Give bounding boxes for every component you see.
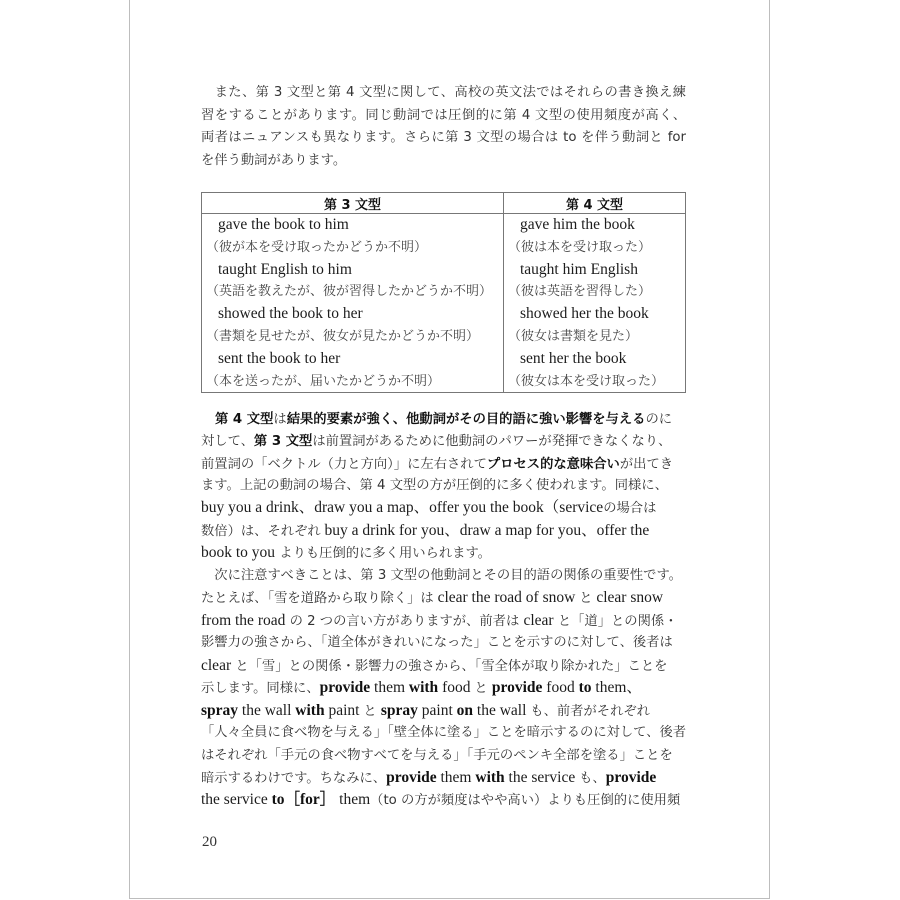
header-pattern-4: 第 4 文型 (504, 193, 686, 214)
table-row: gave the book to him gave him the book (202, 214, 686, 236)
text: the wall (238, 702, 295, 719)
bold-phrase: 結果的要素が強く、他動詞がその目的語に強い影響を与える (287, 412, 646, 427)
para3-line-5: clear と「雪」との関係・影響力の強さから、「雪全体が取り除かれた」ことを (201, 656, 686, 677)
intro-line-4: を伴う動詞があります。 (201, 151, 686, 171)
table-header-row: 第 3 文型 第 4 文型 (202, 193, 686, 214)
para2-line-2: 対して、第 3 文型は前置詞があるために他動詞のパワーが発揮できなくなり、 (201, 431, 686, 452)
bold-term: 第 4 文型 (215, 412, 273, 427)
bold-verb: provide (386, 769, 437, 786)
pattern-3-example: taught English to him (218, 261, 352, 278)
text: the wall (473, 702, 530, 719)
text: 前置詞の「ベクトル（力と方向）」に左右されて (201, 457, 487, 472)
pattern-4-note: （彼女は本を受け取った） (508, 374, 664, 389)
pattern-4-note: （彼は本を受け取った） (508, 240, 651, 255)
text: と「道」との関係・ (554, 614, 678, 629)
pattern-3-example: gave the book to him (218, 216, 349, 233)
bold-preposition: to［for］ (272, 791, 336, 808)
text: 対して、 (201, 434, 254, 449)
sentence-pattern-table: 第 3 文型 第 4 文型 gave the book to him gave … (201, 192, 686, 393)
para2-line-4: ます。上記の動詞の場合、第 4 文型の方が圧倒的に多く使われます。同様に、 (201, 476, 686, 496)
intro-line-3: 両者はニュアンスも異なります。さらに第 3 文型の場合は to を伴う動詞と f… (201, 128, 686, 148)
header-pattern-3: 第 3 文型 (202, 193, 504, 214)
pattern-3-note: （英語を教えたが、彼が習得したかどうか不明） (206, 284, 492, 299)
table-row: （書類を見せたが、彼女が見たかどうか不明） （彼女は書類を見た） (202, 325, 686, 348)
text: clear (523, 612, 553, 629)
bold-phrase: プロセス的な意味合い (487, 457, 620, 472)
text: paint (418, 702, 457, 719)
pattern-4-example: sent her the book (520, 350, 626, 367)
bold-verb: provide (492, 679, 543, 696)
pattern-3-note: （彼が本を受け取ったかどうか不明） (206, 240, 427, 255)
text: と「雪」との関係・影響力の強さから、「雪全体が取り除かれた」ことを (231, 659, 667, 674)
text: them、 (592, 679, 642, 696)
text: が出てき (620, 457, 673, 472)
pattern-4-example: taught him English (520, 261, 638, 278)
table-row: showed the book to her showed her the bo… (202, 303, 686, 325)
pattern-4-note: （彼は英語を習得した） (508, 284, 651, 299)
para3-line-4: 影響力の強さから、「道全体がきれいになった」ことを示すのに対して、後者は (201, 633, 686, 653)
bold-verb: provide (320, 679, 371, 696)
para3-line-9: はそれぞれ「手元の食べ物すべてを与える」「手元のペンキ全部を塗る」ことを (201, 746, 686, 766)
para3-line-2: たとえば、「雪を道路から取り除く」は clear the road of sno… (201, 588, 686, 609)
text: clear snow (592, 589, 663, 606)
page-number: 20 (202, 834, 217, 851)
pattern-3-note: （本を送ったが、届いたかどうか不明） (206, 374, 440, 389)
text: 暗示するわけです。ちなみに、 (201, 771, 386, 786)
text: よりも圧倒的に多く用いられます。 (275, 546, 491, 561)
text: も、前者がそれぞれ (530, 704, 650, 719)
text: と (474, 681, 492, 696)
para2-line-5: buy you a drink、draw you a map、offer you… (201, 498, 686, 519)
para3-line-3: from the road の 2 つの言い方がありますが、前者は clear … (201, 611, 686, 632)
para2-line-3: 前置詞の「ベクトル（力と方向）」に左右されてプロセス的な意味合いが出てき (201, 454, 686, 475)
bold-preposition: with (295, 702, 324, 719)
para3-line-7: spray the wall with paint と spray paint … (201, 701, 686, 722)
para3-line-10: 暗示するわけです。ちなみに、provide them with the serv… (201, 768, 686, 789)
text: book to you (201, 544, 275, 561)
para2-line-6: 数倍）は、それぞれ buy a drink for you、draw a map… (201, 521, 686, 542)
text: のに (645, 412, 672, 427)
table-row: （本を送ったが、届いたかどうか不明） （彼女は本を受け取った） (202, 370, 686, 393)
text: the service (505, 769, 579, 786)
text: them (370, 679, 409, 696)
text: buy you a drink、draw you a map、offer you… (201, 499, 603, 516)
table-row: sent the book to her sent her the book (202, 348, 686, 370)
text: は (273, 412, 286, 427)
intro-line-2: 習をすることがあります。同じ動詞では圧倒的に第 4 文型の使用頻度が高く、 (201, 106, 686, 126)
text: たとえば、「雪を道路から取り除く」は (201, 591, 434, 606)
text: も、 (579, 771, 606, 786)
text: food (542, 679, 578, 696)
para3-line-11: the service to［for］ them（to の方が頻度はやや高い）よ… (201, 790, 686, 811)
pattern-3-note: （書類を見せたが、彼女が見たかどうか不明） (206, 329, 479, 344)
pattern-4-note: （彼女は書類を見た） (508, 329, 638, 344)
text: clear (201, 657, 231, 674)
bold-verb: spray (381, 702, 418, 719)
table-row: taught English to him taught him English (202, 259, 686, 281)
table-row: （彼が本を受け取ったかどうか不明） （彼は本を受け取った） (202, 236, 686, 259)
bold-preposition: to (579, 679, 592, 696)
para2-line-1: 第 4 文型は結果的要素が強く、他動詞がその目的語に強い影響を与えるのに (215, 409, 686, 430)
text: from the road (201, 612, 285, 629)
pattern-3-example: sent the book to her (218, 350, 340, 367)
text: 数倍）は、それぞれ (201, 524, 321, 539)
text: them (335, 791, 370, 808)
bold-verb: provide (606, 769, 657, 786)
pattern-3-example: showed the book to her (218, 305, 363, 322)
text: は前置詞があるために他動詞のパワーが発揮できなくなり、 (312, 434, 671, 449)
text: paint (325, 702, 364, 719)
text: の場合は (603, 501, 656, 516)
text: clear the road of snow (434, 589, 579, 606)
text: them (437, 769, 476, 786)
text: の 2 つの言い方がありますが、前者は (285, 614, 523, 629)
bold-preposition: on (457, 702, 473, 719)
text: と (363, 704, 381, 719)
bold-term: 第 3 文型 (254, 434, 312, 449)
para3-line-6: 示します。同様に、provide them with food と provid… (201, 678, 686, 699)
text: と (579, 591, 592, 606)
pattern-4-example: showed her the book (520, 305, 649, 322)
text: the service (201, 791, 272, 808)
text: food (438, 679, 474, 696)
text: （to の方が頻度はやや高い）よりも圧倒的に使用頻 (370, 793, 680, 808)
pattern-4-example: gave him the book (520, 216, 635, 233)
bold-preposition: with (475, 769, 504, 786)
bold-preposition: with (409, 679, 438, 696)
table-row: （英語を教えたが、彼が習得したかどうか不明） （彼は英語を習得した） (202, 280, 686, 303)
text: buy a drink for you、draw a map for you、o… (321, 522, 650, 539)
intro-line-1: また、第 3 文型と第 4 文型に関して、高校の英文法ではそれらの書き換え練 (201, 83, 686, 103)
para2-line-7: book to you よりも圧倒的に多く用いられます。 (201, 543, 686, 564)
text: 示します。同様に、 (201, 681, 320, 696)
para3-line-1: 次に注意すべきことは、第 3 文型の他動詞とその目的語の関係の重要性です。 (201, 566, 686, 586)
para3-line-8: 「人々全員に食べ物を与える」「壁全体に塗る」ことを暗示するのに対して、後者 (201, 723, 686, 743)
bold-verb: spray (201, 702, 238, 719)
